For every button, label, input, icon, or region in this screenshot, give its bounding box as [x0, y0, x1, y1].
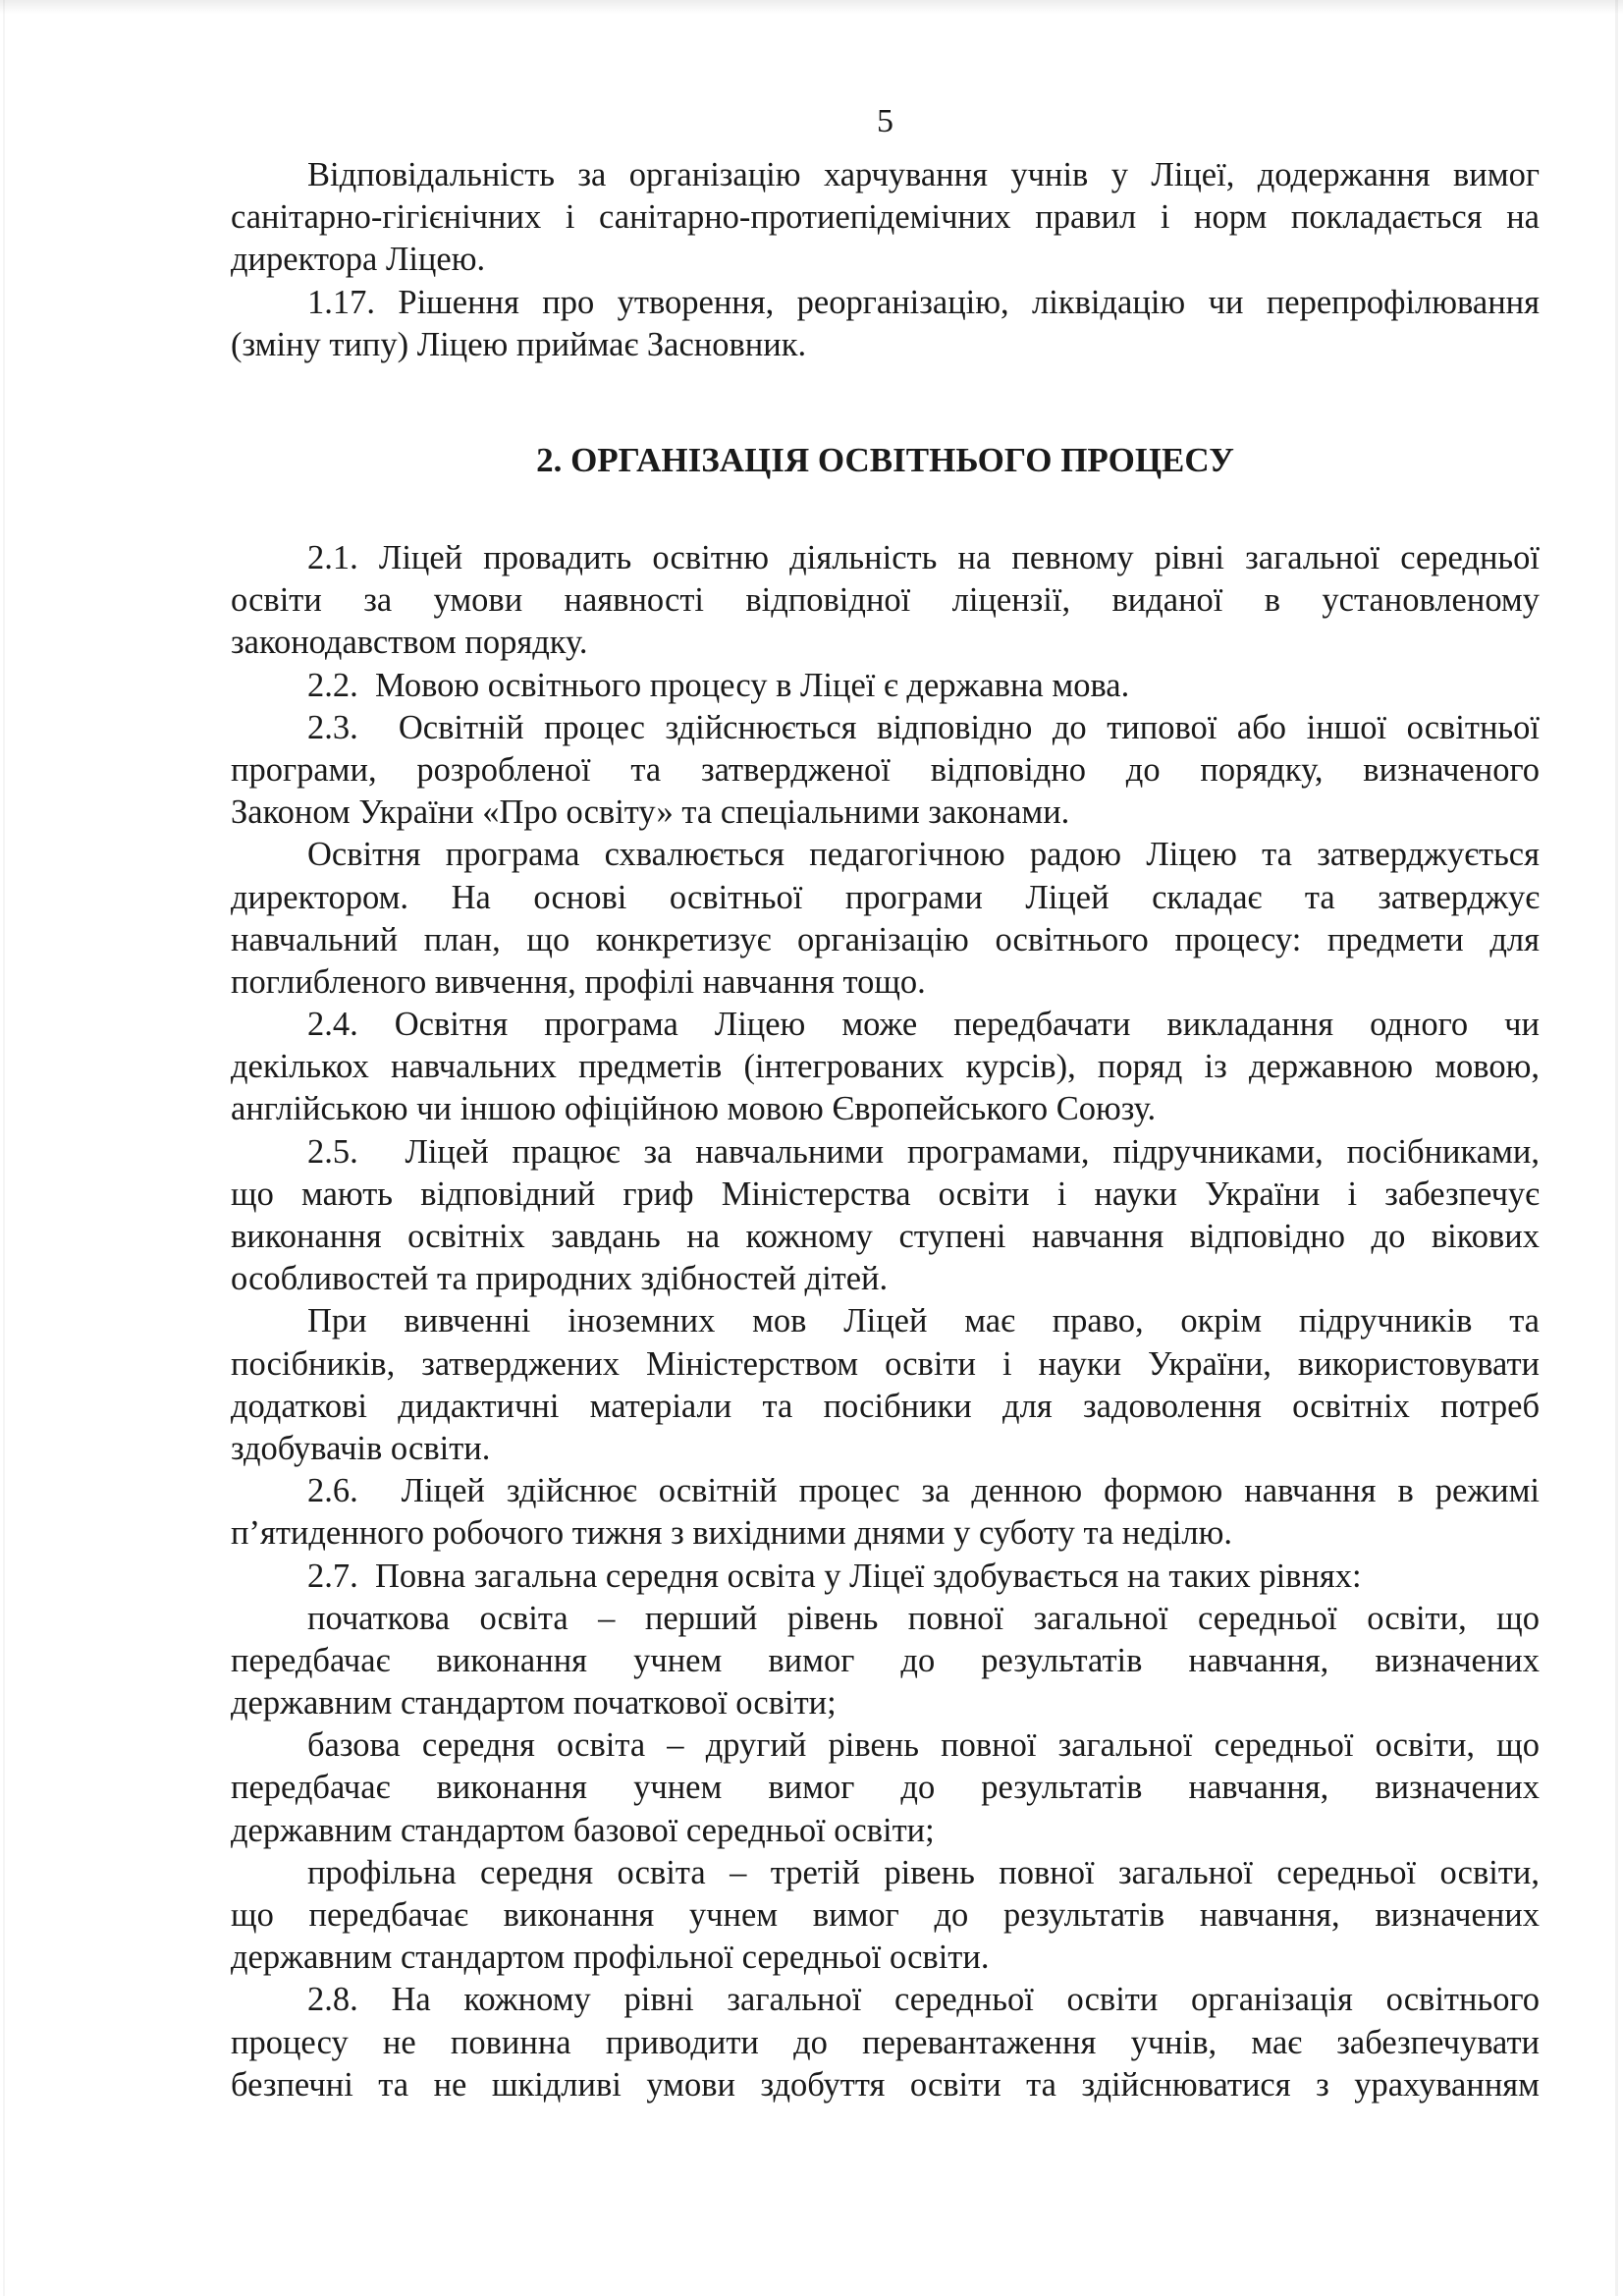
- paragraph-line: директора Ліцею.: [231, 239, 1540, 281]
- paragraph: 2.4. Освітня програма Ліцею може передба…: [231, 1004, 1540, 1131]
- scan-edge-top: [0, 0, 1623, 14]
- paragraph-line: (зміну типу) Ліцею приймає Засновник.: [231, 324, 1540, 366]
- paragraph-line: 2.7. Повна загальна середня освіта у Ліц…: [231, 1556, 1540, 1598]
- paragraph-line: програми, розробленої та затвердженої ві…: [231, 749, 1540, 792]
- paragraph-line: 2.4. Освітня програма Ліцею може передба…: [231, 1004, 1540, 1046]
- paragraph-line: державним стандартом початкової освіти;: [231, 1682, 1540, 1724]
- paragraph-line: 2.1. Ліцей провадить освітню діяльність …: [231, 537, 1540, 579]
- paragraph-line: Законом України «Про освіту» та спеціаль…: [231, 792, 1540, 834]
- paragraph-line: що передбачає виконання учнем вимог до р…: [231, 1894, 1540, 1937]
- section-2-body: 2.1. Ліцей провадить освітню діяльність …: [231, 537, 1540, 2106]
- paragraph-line: державним стандартом базової середньої о…: [231, 1810, 1540, 1852]
- paragraph-line: При вивченні іноземних мов Ліцей має пра…: [231, 1300, 1540, 1342]
- paragraph: Відповідальність за організацію харчуван…: [231, 154, 1540, 282]
- paragraph-line: виконання освітніх завдань на кожному ст…: [231, 1216, 1540, 1258]
- paragraph-line: Відповідальність за організацію харчуван…: [231, 154, 1540, 196]
- paragraph-line: безпечні та не шкідливі умови здобуття о…: [231, 2064, 1540, 2106]
- paragraph-line: додаткові дидактичні матеріали та посібн…: [231, 1386, 1540, 1428]
- paragraph-line: директором. На основі освітньої програми…: [231, 877, 1540, 919]
- paragraph-line: п’ятиденного робочого тижня з вихідними …: [231, 1512, 1540, 1555]
- paragraph-line: законодавством порядку.: [231, 622, 1540, 664]
- paragraph-line: базова середня освіта – другий рівень по…: [231, 1724, 1540, 1767]
- paragraph: Освітня програма схвалюється педагогічно…: [231, 834, 1540, 1004]
- paragraph: 1.17. Рішення про утворення, реорганізац…: [231, 282, 1540, 366]
- paragraph-line: початкова освіта – перший рівень повної …: [231, 1598, 1540, 1640]
- scan-edge-right: [1615, 0, 1618, 2296]
- paragraph-line: 1.17. Рішення про утворення, реорганізац…: [231, 282, 1540, 324]
- paragraph-line: передбачає виконання учнем вимог до резу…: [231, 1767, 1540, 1809]
- paragraph-line: здобувачів освіти.: [231, 1428, 1540, 1470]
- paragraph-line: державним стандартом профільної середньо…: [231, 1937, 1540, 1979]
- paragraph-line: профільна середня освіта – третій рівень…: [231, 1852, 1540, 1894]
- paragraph-line: Освітня програма схвалюється педагогічно…: [231, 834, 1540, 876]
- paragraph-line: 2.2. Мовою освітнього процесу в Ліцеї є …: [231, 665, 1540, 707]
- paragraph-line: англійською чи іншою офіційною мовою Євр…: [231, 1088, 1540, 1130]
- paragraph-line: передбачає виконання учнем вимог до резу…: [231, 1640, 1540, 1682]
- paragraph-line: 2.5. Ліцей працює за навчальними програм…: [231, 1131, 1540, 1174]
- paragraph: 2.1. Ліцей провадить освітню діяльність …: [231, 537, 1540, 665]
- paragraph-line: особливостей та природних здібностей діт…: [231, 1258, 1540, 1300]
- paragraph-line: посібників, затверджених Міністерством о…: [231, 1343, 1540, 1386]
- paragraph-line: 2.8. На кожному рівні загальної середньо…: [231, 1979, 1540, 2021]
- paragraph-line: процесу не повинна приводити до перевант…: [231, 2022, 1540, 2064]
- paragraph-line: 2.3. Освітній процес здійснюється відпов…: [231, 707, 1540, 749]
- top-text-block: Відповідальність за організацію харчуван…: [231, 154, 1540, 366]
- paragraph: 2.5. Ліцей працює за навчальними програм…: [231, 1131, 1540, 1301]
- paragraph-line: поглибленого вивчення, профілі навчання …: [231, 961, 1540, 1004]
- paragraph: початкова освіта – перший рівень повної …: [231, 1598, 1540, 1725]
- paragraph-line: що мають відповідний гриф Міністерства о…: [231, 1174, 1540, 1216]
- paragraph: 2.3. Освітній процес здійснюється відпов…: [231, 707, 1540, 835]
- paragraph: 2.2. Мовою освітнього процесу в Ліцеї є …: [231, 665, 1540, 707]
- paragraph-line: санітарно-гігієнічних і санітарно-протие…: [231, 196, 1540, 239]
- paragraph-line: освіти за умови наявності відповідної лі…: [231, 579, 1540, 622]
- paragraph: При вивченні іноземних мов Ліцей має пра…: [231, 1300, 1540, 1470]
- page-number: 5: [0, 102, 1623, 141]
- paragraph: 2.6. Ліцей здійснює освітній процес за д…: [231, 1470, 1540, 1555]
- paragraph-line: навчальний план, що конкретизує організа…: [231, 919, 1540, 961]
- section-heading: 2. ОРГАНІЗАЦІЯ ОСВІТНЬОГО ПРОЦЕСУ: [231, 439, 1540, 481]
- paragraph: базова середня освіта – другий рівень по…: [231, 1724, 1540, 1852]
- paragraph: профільна середня освіта – третій рівень…: [231, 1852, 1540, 1980]
- scan-edge-left: [3, 0, 5, 2296]
- paragraph: 2.8. На кожному рівні загальної середньо…: [231, 1979, 1540, 2106]
- paragraph-line: декількох навчальних предметів (інтегров…: [231, 1046, 1540, 1088]
- paragraph: 2.7. Повна загальна середня освіта у Ліц…: [231, 1556, 1540, 1598]
- paragraph-line: 2.6. Ліцей здійснює освітній процес за д…: [231, 1470, 1540, 1512]
